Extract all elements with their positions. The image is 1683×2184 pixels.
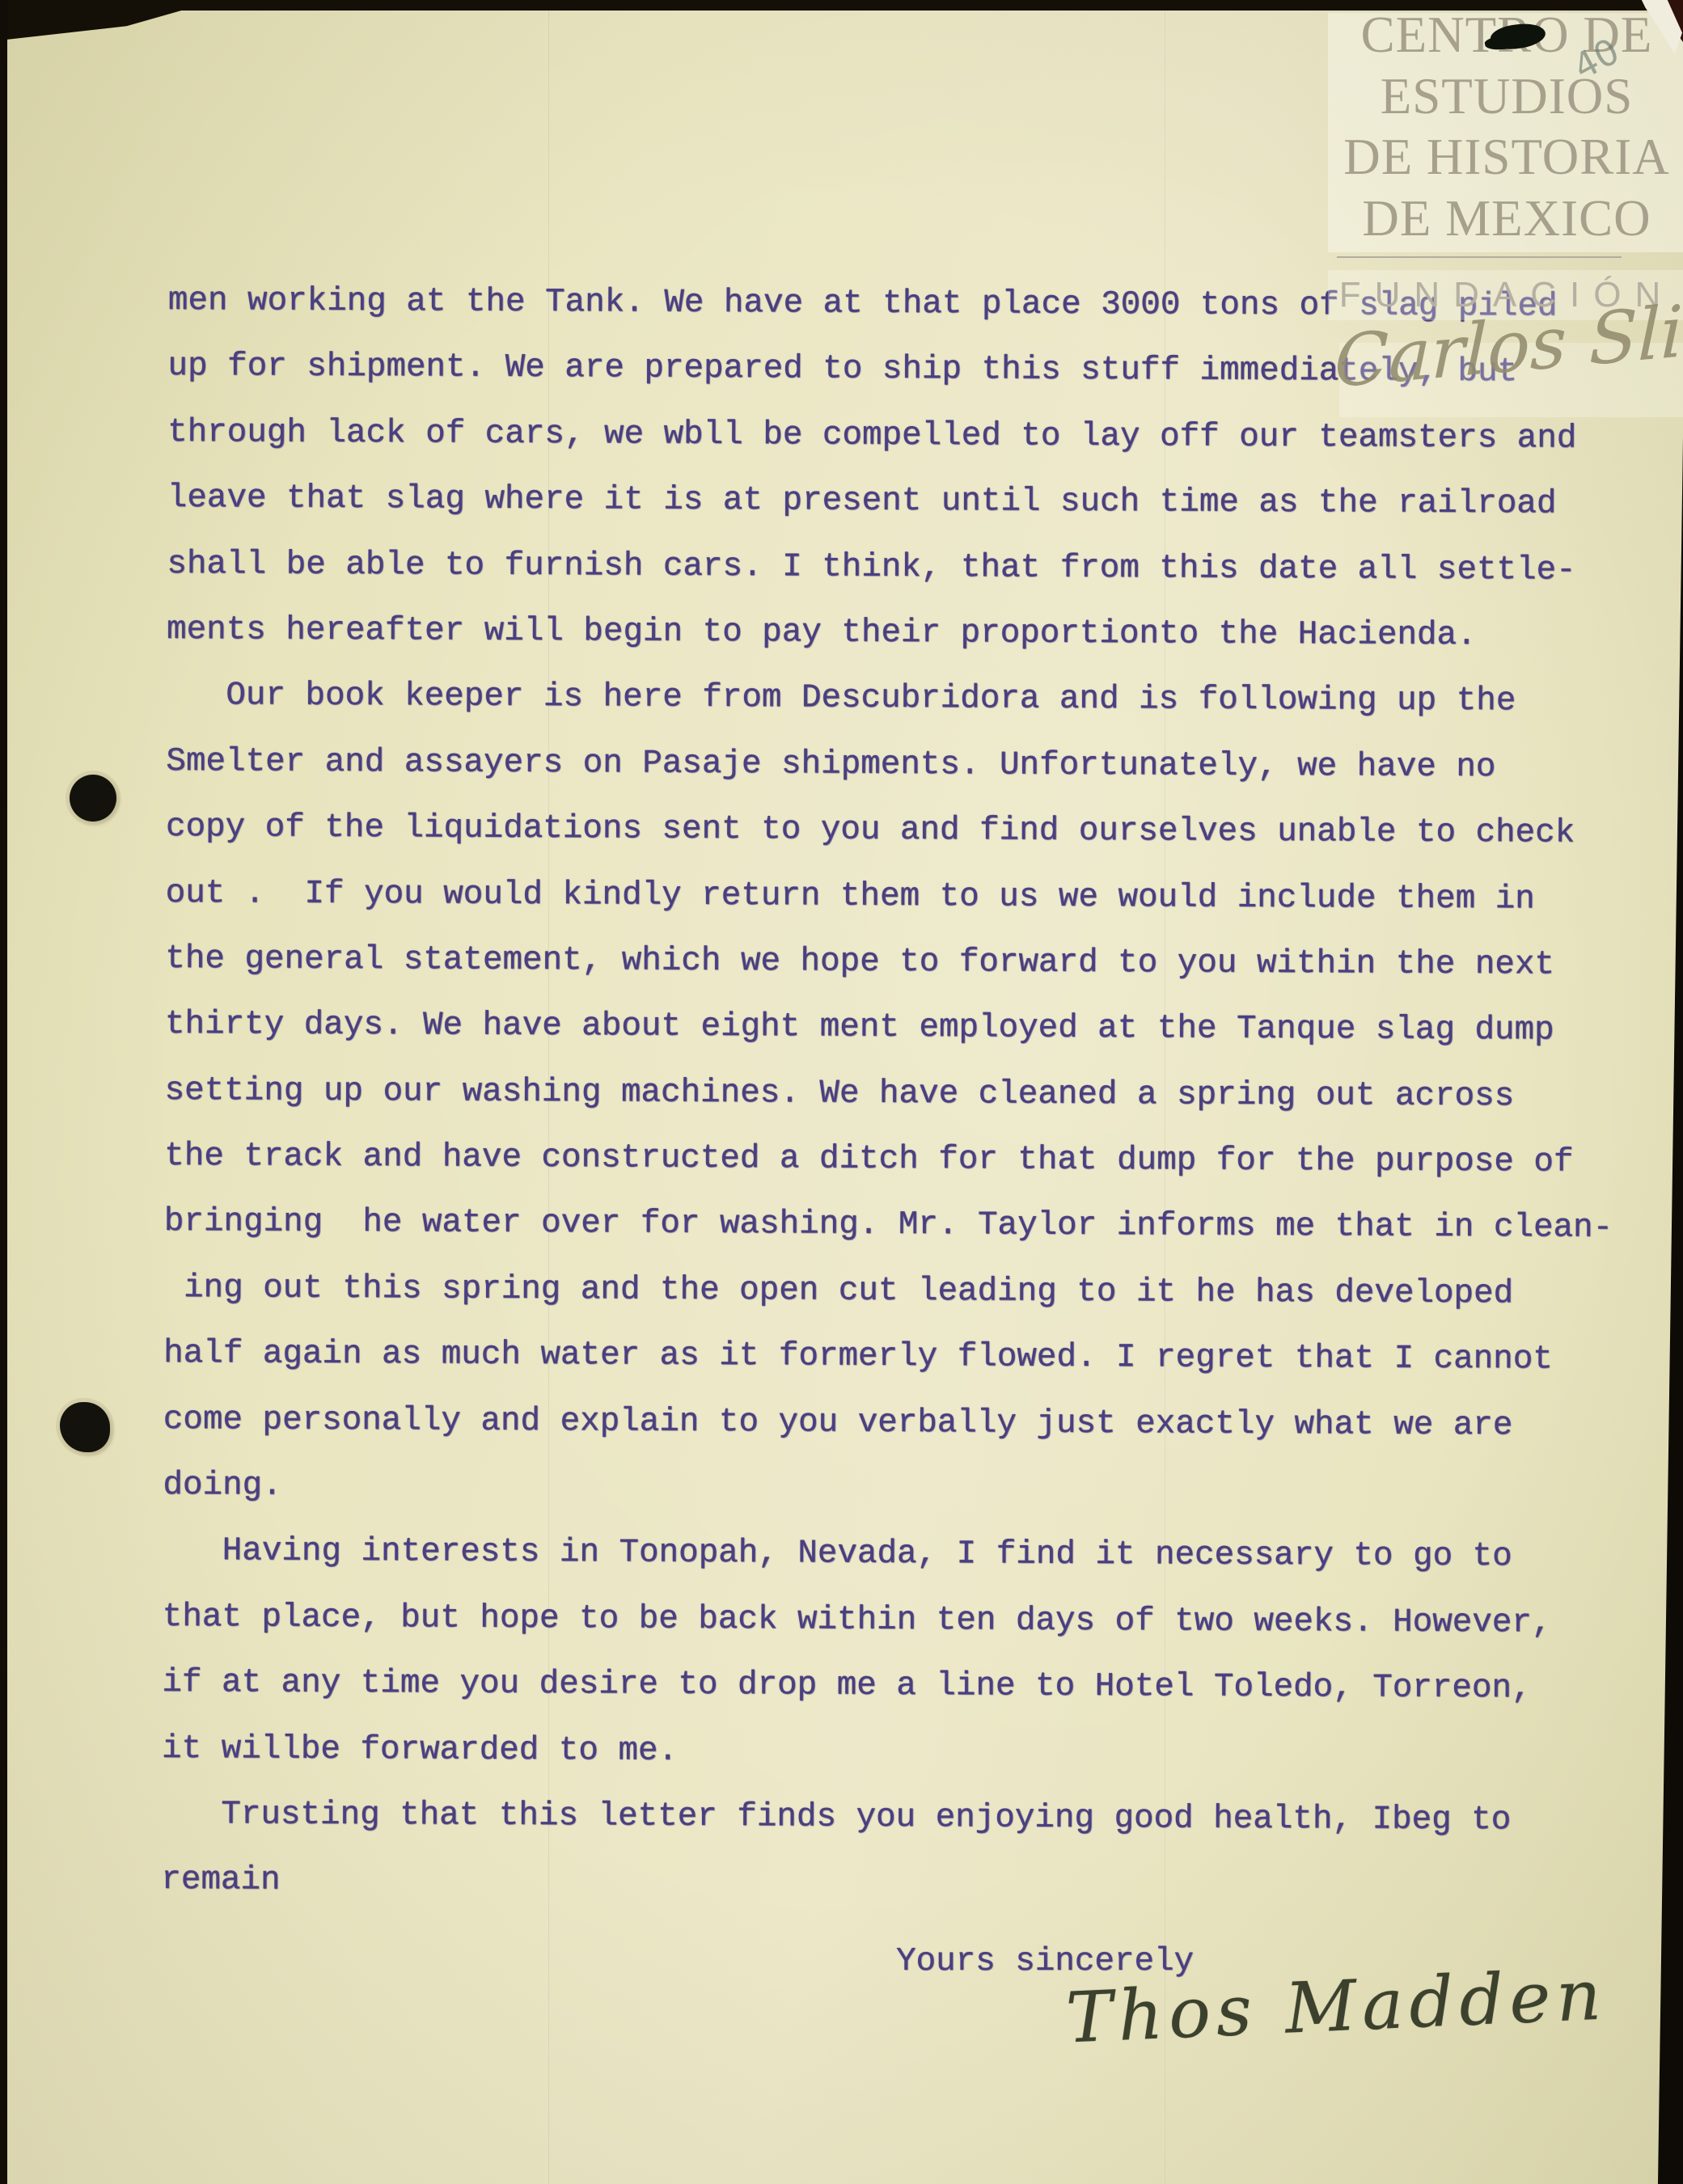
scan-edge-top (0, 0, 1683, 11)
letter-line: Having interests in Tonopah, Nevada, I f… (163, 1519, 1612, 1590)
letter-line: thirty days. We have about eight ment em… (165, 992, 1614, 1064)
letter-line: doing. (163, 1453, 1612, 1525)
letter-line: Smelter and assayers on Pasaje shipments… (166, 729, 1615, 801)
watermark-line: ESTUDIOS (1330, 66, 1683, 128)
letter-line: it willbe forwarded to me. (162, 1717, 1611, 1789)
letter-line: come personally and explain to you verba… (163, 1388, 1613, 1460)
watermark-line: DE HISTORIA (1330, 127, 1683, 188)
watermark-divider (1337, 256, 1622, 258)
letter-line: bringing he water over for washing. Mr. … (164, 1189, 1613, 1261)
letter-line: leave that slag where it is at present u… (167, 466, 1617, 538)
letter-line: ments hereafter will begin to pay their … (167, 598, 1616, 670)
document-scan: men working at the Tank. We have at that… (0, 0, 1683, 2184)
letter-body: men working at the Tank. We have at that… (161, 268, 1617, 1920)
letter-line: if at any time you desire to drop me a l… (162, 1650, 1611, 1722)
watermark-line: DE MEXICO (1330, 188, 1683, 250)
letter-line: shall be able to furnish cars. I think, … (167, 532, 1616, 604)
letter-line: setting up our washing machines. We have… (164, 1058, 1613, 1130)
letter-line: the general statement, which we hope to … (165, 927, 1614, 999)
letter-line: Our book keeper is here from Descubridor… (167, 663, 1616, 735)
letter-line: half again as much water as it formerly … (163, 1321, 1613, 1393)
letter-line: ing out this spring and the open cut lea… (163, 1256, 1613, 1328)
letter-line: copy of the liquidations sent to you and… (166, 795, 1615, 867)
letter-line: that place, but hope to be back within t… (163, 1585, 1612, 1657)
letter-line: Trusting that this letter finds you enjo… (161, 1782, 1610, 1854)
letter-line: remain (161, 1848, 1610, 1920)
letter-line: the track and have constructed a ditch f… (164, 1124, 1613, 1196)
hole-punch-top (70, 775, 116, 822)
scan-edge-left (0, 0, 7, 2184)
letter-line: out . If you would kindly return them to… (165, 861, 1614, 933)
hole-punch-bottom (60, 1402, 110, 1452)
